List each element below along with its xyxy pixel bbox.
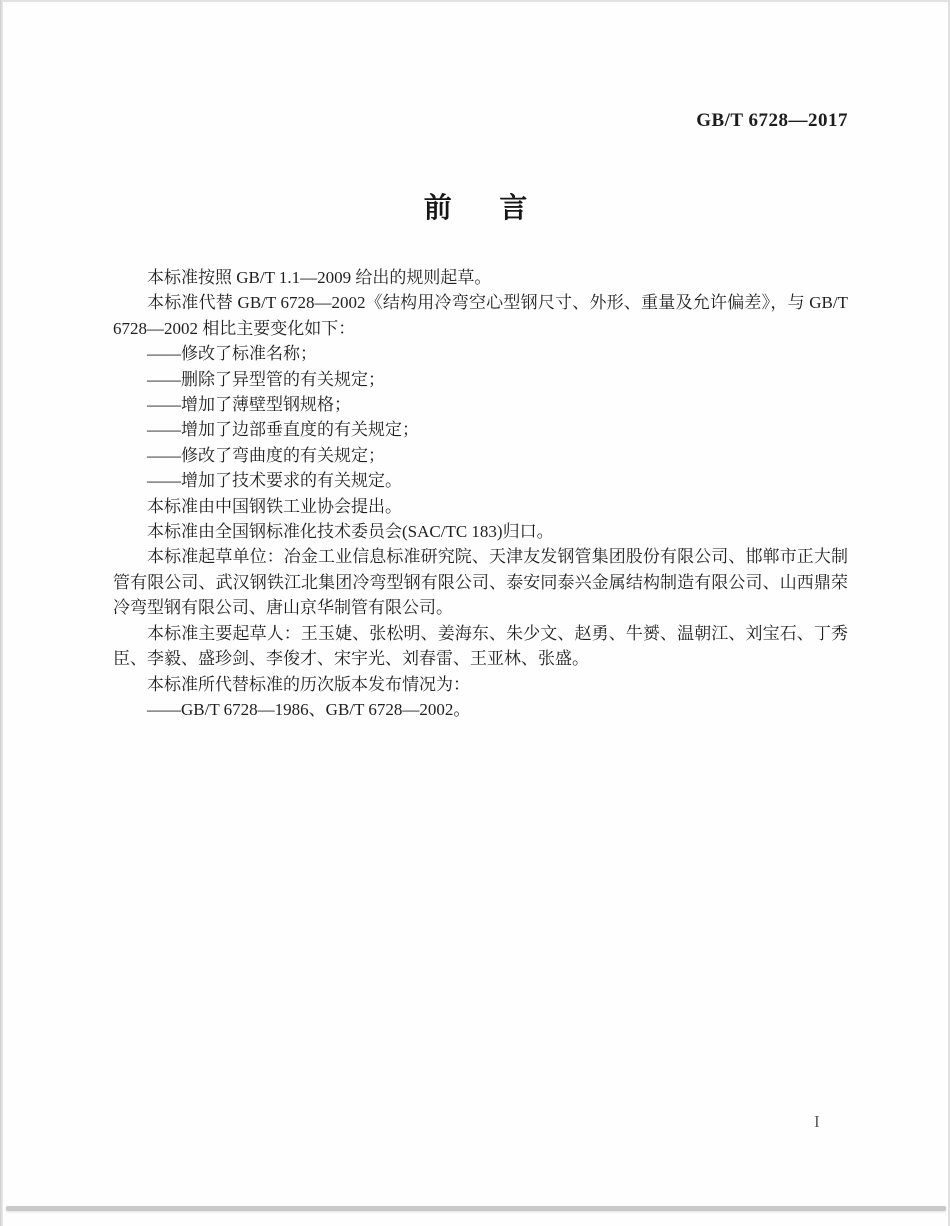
scan-edge-left xyxy=(0,0,3,1226)
foreword-body: 本标准按照 GB/T 1.1—2009 给出的规则起草。 本标准代替 GB/T … xyxy=(113,265,848,722)
page-number: I xyxy=(814,1112,820,1132)
foreword-change-item: ——修改了标准名称； xyxy=(113,341,848,366)
foreword-paragraph: 本标准所代替标准的历次版本发布情况为： xyxy=(113,672,848,697)
document-page: GB/T 6728—2017 前 言 本标准按照 GB/T 1.1—2009 给… xyxy=(0,0,950,1226)
scan-edge-bottom xyxy=(6,1206,946,1211)
foreword-change-item: ——增加了边部垂直度的有关规定； xyxy=(113,417,848,442)
foreword-paragraph: 本标准起草单位：冶金工业信息标准研究院、天津友发钢管集团股份有限公司、邯郸市正大… xyxy=(113,544,848,620)
foreword-paragraph: 本标准主要起草人：王玉婕、张松明、姜海东、朱少文、赵勇、牛赟、温朝江、刘宝石、丁… xyxy=(113,621,848,672)
page-title: 前 言 xyxy=(113,186,848,226)
foreword-change-item: ——删除了异型管的有关规定； xyxy=(113,367,848,392)
standard-code: GB/T 6728—2017 xyxy=(696,110,848,132)
foreword-change-item: ——修改了弯曲度的有关规定； xyxy=(113,443,848,468)
foreword-change-item: ——增加了技术要求的有关规定。 xyxy=(113,468,848,493)
foreword-history-item: ——GB/T 6728—1986、GB/T 6728—2002。 xyxy=(113,697,848,722)
foreword-paragraph: 本标准由全国钢标准化技术委员会(SAC/TC 183)归口。 xyxy=(113,519,848,544)
foreword-change-item: ——增加了薄壁型钢规格； xyxy=(113,392,848,417)
foreword-paragraph: 本标准由中国钢铁工业协会提出。 xyxy=(113,494,848,519)
foreword-paragraph: 本标准按照 GB/T 1.1—2009 给出的规则起草。 xyxy=(113,265,848,290)
scan-edge-top xyxy=(0,0,950,2)
foreword-paragraph: 本标准代替 GB/T 6728—2002《结构用冷弯空心型钢尺寸、外形、重量及允… xyxy=(113,290,848,341)
